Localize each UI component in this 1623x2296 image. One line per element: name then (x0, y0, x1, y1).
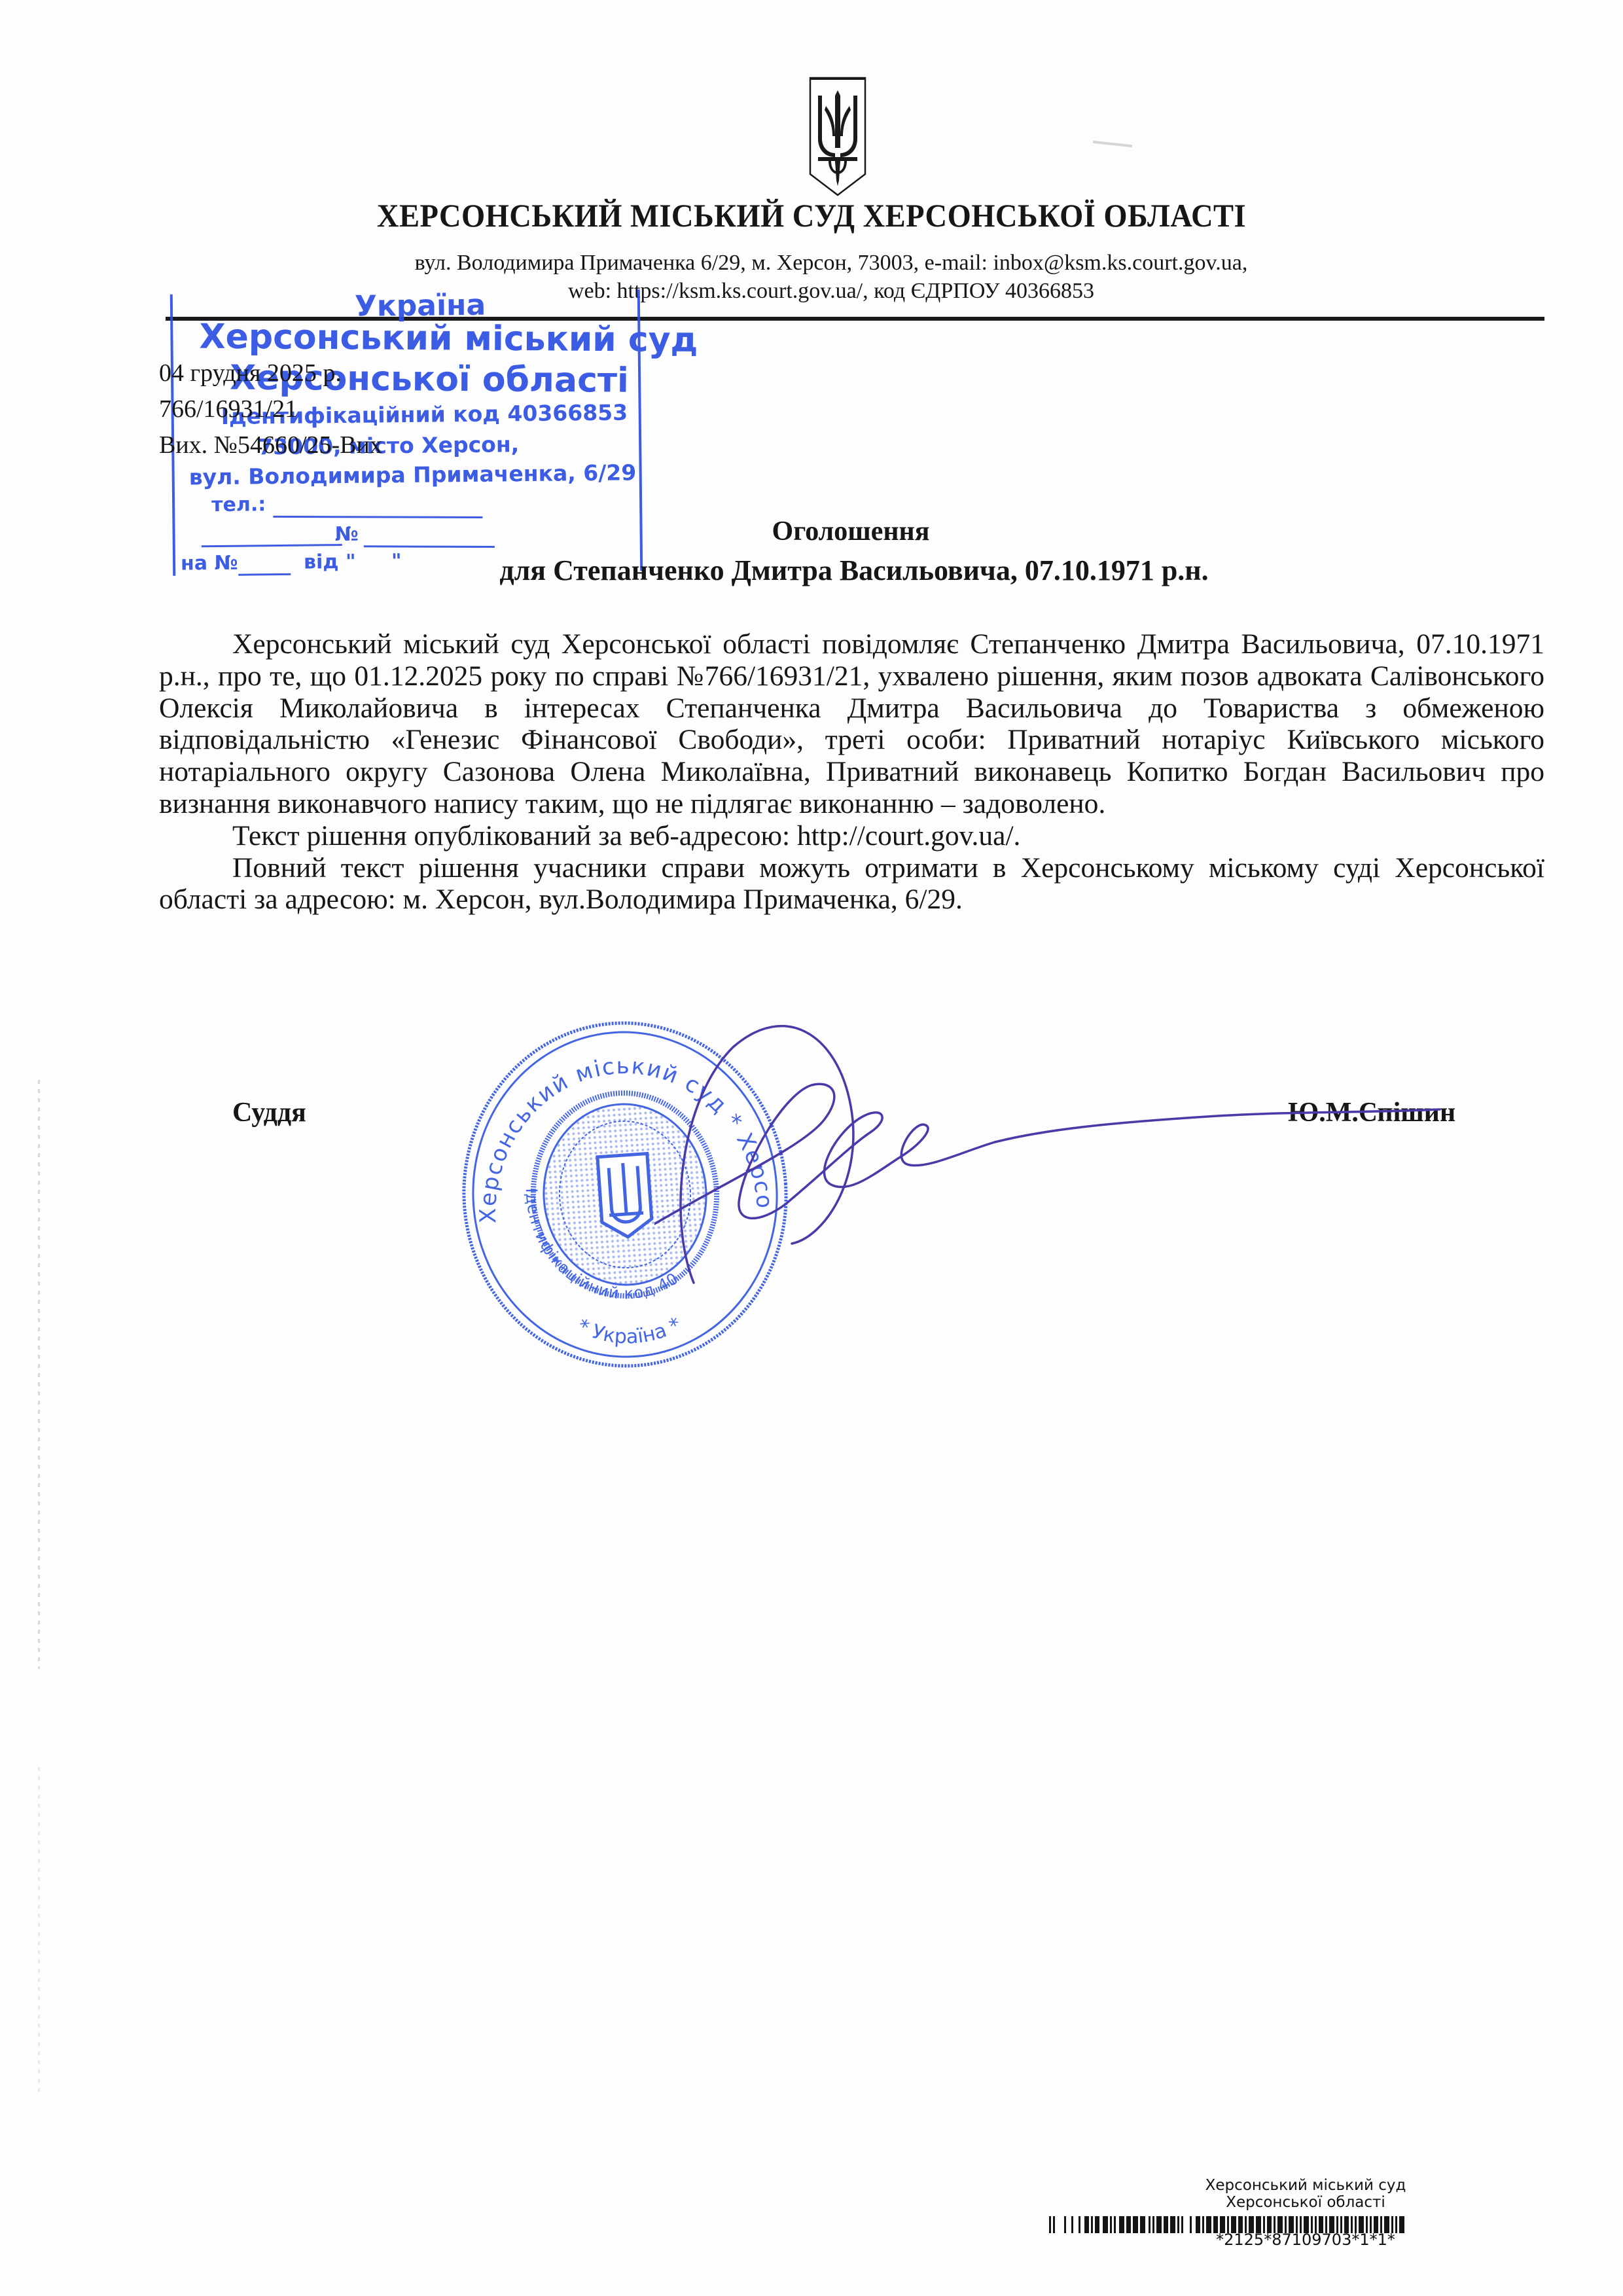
court-name-heading: ХЕРСОНСЬКИЙ МІСЬКИЙ СУД ХЕРСОНСЬКОЇ ОБЛА… (57, 196, 1566, 234)
body-paragraph-publication: Текст рішення опублікований за веб-адрес… (159, 820, 1544, 852)
stamp-court-line-1: Херсонський міський суд (199, 317, 698, 360)
scan-artifact (1093, 141, 1132, 147)
judge-signature (654, 1008, 1453, 1296)
coat-of-arms-icon (809, 76, 866, 196)
stamp-tel-label: тел.: (211, 493, 266, 516)
outgoing-number: Вих. №54660/25-Вих (159, 431, 382, 459)
body-paragraph-decision: Херсонський міський суд Херсонської обла… (159, 628, 1544, 820)
scan-artifact (38, 1767, 40, 2094)
announcement-title: Оголошення (0, 516, 1623, 547)
outgoing-date: 04 грудня 2025 р. (159, 359, 342, 387)
barcode-org-line-2: Херсонської області (1126, 2194, 1486, 2211)
case-number: 766/16931/21 (159, 395, 297, 423)
body-paragraph-full-text: Повний текст рішення учасники справи мож… (159, 852, 1544, 916)
svg-text:* Україна *: * Україна * (573, 1308, 686, 1353)
barcode-number: *2125*87109703*1*1* (1126, 2231, 1486, 2249)
stamp-street: вул. Володимира Примаченка, 6/29 (188, 459, 636, 490)
barcode-org-line-1: Херсонський міський суд (1126, 2177, 1486, 2194)
scan-artifact (38, 1080, 40, 1669)
judge-role-label: Суддя (232, 1097, 306, 1128)
announcement-body: Херсонський міський суд Херсонської обла… (159, 628, 1544, 916)
announcement-recipient: для Степанченко Дмитра Васильовича, 07.1… (0, 554, 1623, 587)
court-address: вул. Володимира Примаченка 6/29, м. Херс… (0, 251, 1623, 276)
